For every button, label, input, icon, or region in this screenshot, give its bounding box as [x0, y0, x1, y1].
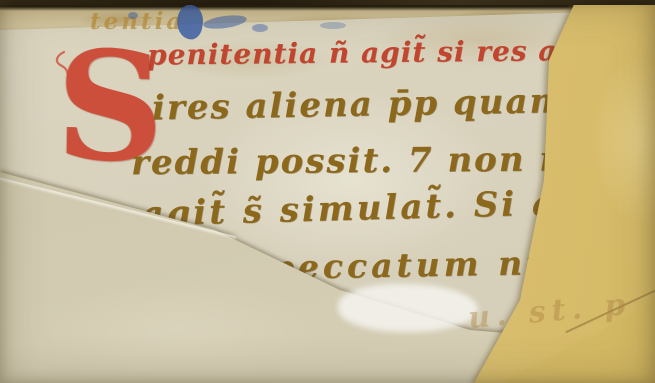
- binding-edge-strip-thin: [0, 0, 655, 5]
- manuscript-photo: penitentia ñ agit̃ si res aliena S ires …: [0, 0, 655, 383]
